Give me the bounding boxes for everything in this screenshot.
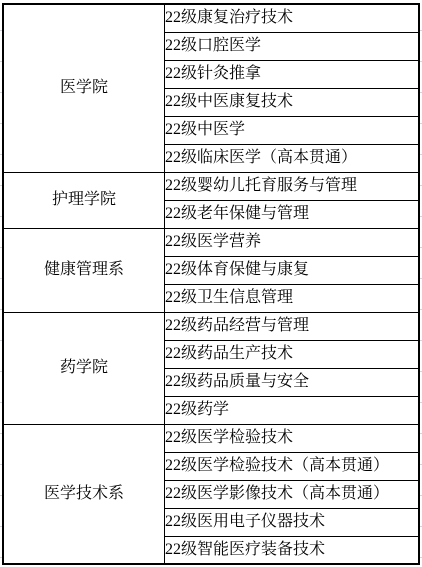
table-row: 护理学院22级婴幼儿托育服务与管理: [3, 172, 419, 200]
program-cell[interactable]: 22级医学营养: [165, 228, 420, 256]
program-cell[interactable]: 22级针灸推拿: [165, 60, 420, 88]
program-cell[interactable]: 22级临床医学（高本贯通）: [165, 144, 420, 172]
program-cell[interactable]: 22级老年保健与管理: [165, 200, 420, 228]
program-cell[interactable]: 22级智能医疗装备技术: [165, 536, 420, 564]
program-cell[interactable]: 22级药学: [165, 396, 420, 424]
table-row: 药学院22级药品经营与管理: [3, 312, 419, 340]
program-cell[interactable]: 22级中医康复技术: [165, 88, 420, 116]
department-cell[interactable]: 护理学院: [3, 172, 165, 228]
department-cell[interactable]: 健康管理系: [3, 228, 165, 312]
table-row: 健康管理系22级医学营养: [3, 228, 419, 256]
program-cell[interactable]: 22级医学检验技术: [165, 424, 420, 452]
program-cell[interactable]: 22级中医学: [165, 116, 420, 144]
table-row: 医学技术系22级医学检验技术: [3, 424, 419, 452]
program-cell[interactable]: 22级药品质量与安全: [165, 368, 420, 396]
spreadsheet-canvas: 医学院22级康复治疗技术22级口腔医学22级针灸推拿22级中医康复技术22级中医…: [0, 0, 422, 567]
department-cell[interactable]: 药学院: [3, 312, 165, 424]
table-body: 医学院22级康复治疗技术22级口腔医学22级针灸推拿22级中医康复技术22级中医…: [3, 4, 419, 564]
program-cell[interactable]: 22级医学检验技术（高本贯通）: [165, 452, 420, 480]
department-cell[interactable]: 医学技术系: [3, 424, 165, 564]
program-cell[interactable]: 22级卫生信息管理: [165, 284, 420, 312]
department-cell[interactable]: 医学院: [3, 4, 165, 172]
program-cell[interactable]: 22级医用电子仪器技术: [165, 508, 420, 536]
program-cell[interactable]: 22级康复治疗技术: [165, 4, 420, 32]
program-cell[interactable]: 22级口腔医学: [165, 32, 420, 60]
program-cell[interactable]: 22级医学影像技术（高本贯通）: [165, 480, 420, 508]
table-row: 医学院22级康复治疗技术: [3, 4, 419, 32]
program-cell[interactable]: 22级药品经营与管理: [165, 312, 420, 340]
program-cell[interactable]: 22级药品生产技术: [165, 340, 420, 368]
program-cell[interactable]: 22级婴幼儿托育服务与管理: [165, 172, 420, 200]
program-cell[interactable]: 22级体育保健与康复: [165, 256, 420, 284]
department-program-table: 医学院22级康复治疗技术22级口腔医学22级针灸推拿22级中医康复技术22级中医…: [2, 3, 420, 565]
